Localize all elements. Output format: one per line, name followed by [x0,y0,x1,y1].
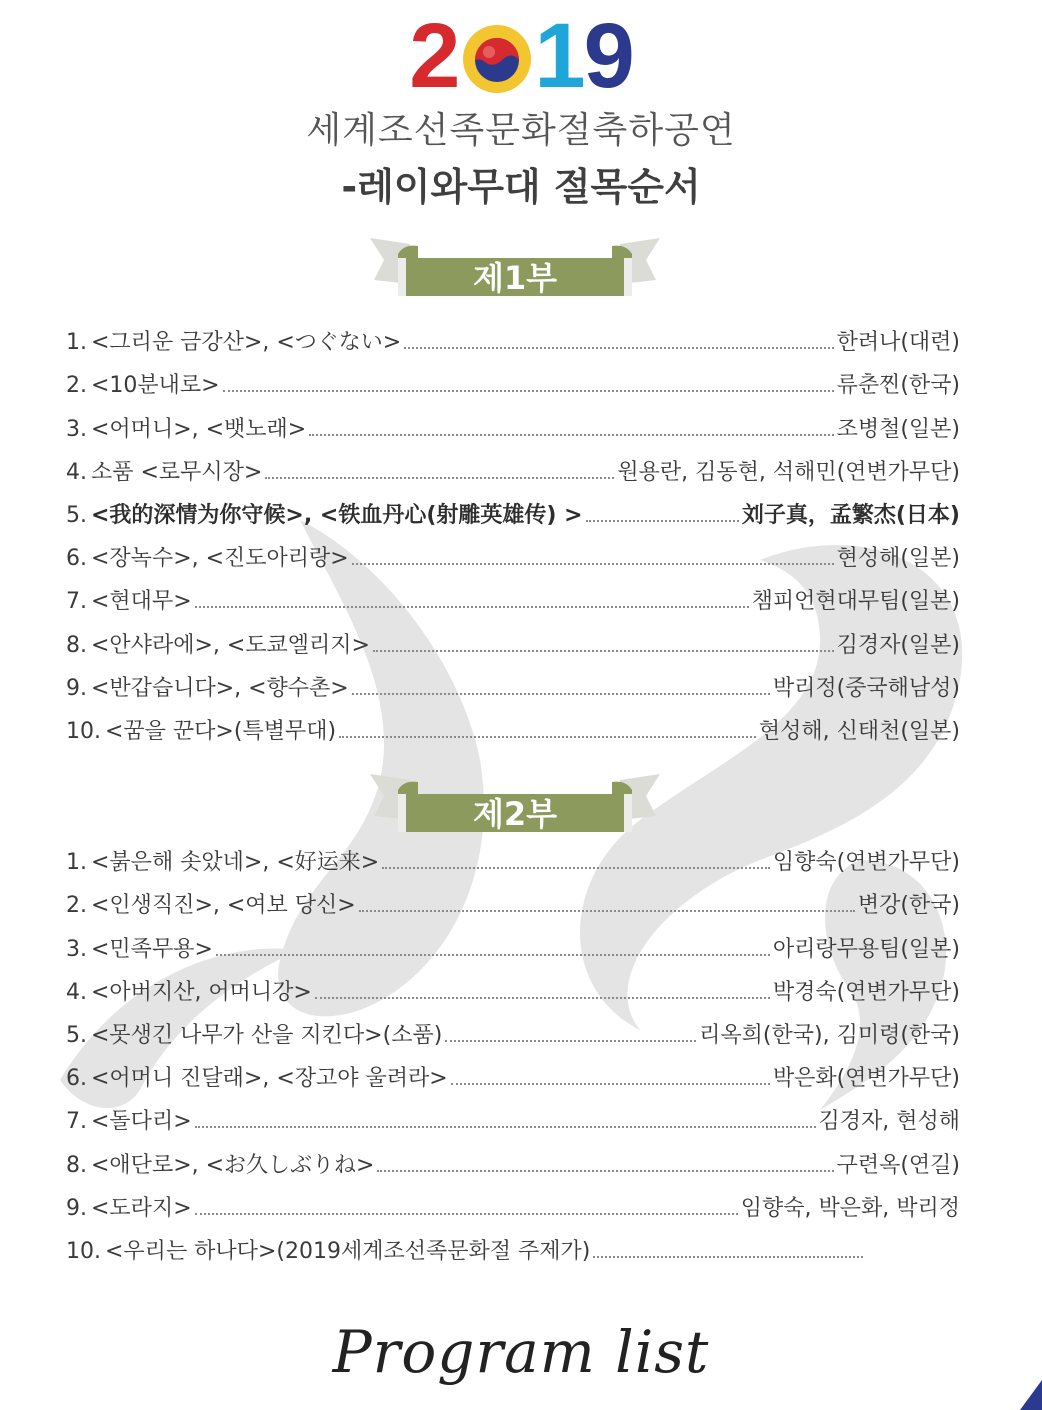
dotted-leader [195,606,749,608]
dotted-leader [339,736,756,738]
dotted-leader [352,693,770,695]
dotted-leader [195,1213,738,1215]
item-number: 4. [66,459,87,487]
program-list-script-title: Program list [0,1318,1042,1386]
program-item: 2.<10분내로>류춘찐(한국) [66,357,960,400]
item-number: 8. [66,1152,87,1180]
item-title: <돌다리> [91,1108,192,1136]
item-number: 10. [66,1238,101,1266]
dotted-leader [377,1170,833,1172]
item-performer: 원용란, 김동현, 석해민(연변가무단) [617,459,960,487]
item-number: 9. [66,1195,87,1223]
dotted-leader [223,390,834,392]
item-performer: 변강(한국) [858,892,960,920]
item-title: <민족무용> [91,936,213,964]
dotted-leader [451,1083,770,1085]
item-performer: 조병철(일본) [837,416,960,444]
item-title: <도라지> [91,1195,192,1223]
item-title: <我的深情为你守候>, <铁血丹心(射雕英雄传) > [91,502,583,530]
dotted-leader [315,997,770,999]
item-performer: 현성해, 신태천(일본) [759,718,960,746]
dotted-leader [195,1126,816,1128]
item-number: 5. [66,502,87,530]
program-item: 7.<돌다리>김경자, 현성해 [66,1093,960,1136]
item-title: <현대무> [91,588,192,616]
item-number: 1. [66,849,87,877]
item-number: 3. [66,416,87,444]
item-performer: 리옥희(한국), 김미령(한국) [699,1022,960,1050]
program-item: 3.<어머니>, <뱃노래>조병철(일본) [66,400,960,443]
dotted-leader [216,954,770,956]
part2-banner: 제2부 [370,770,660,834]
item-number: 2. [66,892,87,920]
program-item: 8.<애단로>, <お久しぶりね>구련옥(연길) [66,1136,960,1179]
item-performer: 刘子真，孟繁杰(日本) [742,502,960,530]
part1-label: 제1부 [370,258,660,298]
item-title: <반갑습니다>, <향수촌> [91,675,349,703]
item-title: <붉은해 솟았네>, <好运来> [91,849,379,877]
item-performer: 박경숙(연변가무단) [773,979,960,1007]
program-item: 1.<붉은해 솟았네>, <好运来>임향숙(연변가무단) [66,834,960,877]
item-performer: 박리정(중국해남성) [773,675,960,703]
item-title: <애단로>, <お久しぶりね> [91,1152,374,1180]
dotted-leader [404,347,833,349]
item-number: 1. [66,329,87,357]
item-title: <어머니>, <뱃노래> [91,416,306,444]
program-item: 4.<아버지산, 어머니강>박경숙(연변가무단) [66,964,960,1007]
item-performer: 임향숙, 박은화, 박리정 [741,1195,960,1223]
item-performer: 구련옥(연길) [837,1152,960,1180]
event-title: 세계조선족문화절축하공연 [0,102,1042,153]
program-item: 7.<현대무>챔피언현대무팀(일본) [66,573,960,616]
item-title: <그리운 금강산>, <つぐない> [91,329,401,357]
dotted-leader [382,867,770,869]
item-number: 6. [66,545,87,573]
item-performer: 류춘찐(한국) [837,372,960,400]
item-title: <어머니 진달래>, <장고야 울려라> [91,1065,448,1093]
item-title: <10분내로> [91,372,220,400]
part2-program-list: 1.<붉은해 솟았네>, <好运来>임향숙(연변가무단) 2.<인생직진>, <… [66,834,960,1266]
dotted-leader [445,1040,696,1042]
item-number: 4. [66,979,87,1007]
dotted-leader [265,477,614,479]
part1-program-list: 1.<그리운 금강산>, <つぐない>한려나(대련) 2.<10분내로>류춘찐(… [66,314,960,746]
item-number: 9. [66,675,87,703]
logo-2019: 2 19 [0,14,1042,98]
program-item: 2.<인생직진>, <여보 당신>변강(한국) [66,877,960,920]
item-performer: 박은화(연변가무단) [773,1065,960,1093]
item-number: 5. [66,1022,87,1050]
corner-triangle-icon [1002,1370,1042,1410]
item-performer: 임향숙(연변가무단) [773,849,960,877]
program-item: 3.<민족무용>아리랑무용팀(일본) [66,920,960,963]
dotted-leader [586,520,739,522]
item-title: <아버지산, 어머니강> [91,979,312,1007]
item-number: 7. [66,1108,87,1136]
program-item: 10. <꿈을 꾼다>(특별무대)현성해, 신태천(일본) [66,703,960,746]
program-item: 5.<我的深情为你守候>, <铁血丹心(射雕英雄传) >刘子真，孟繁杰(日本) [66,487,960,530]
program-item: 5.<못생긴 나무가 산을 지킨다>(소품)리옥희(한국), 김미령(한국) [66,1007,960,1050]
dotted-leader [359,910,855,912]
item-number: 6. [66,1065,87,1093]
item-performer: 한려나(대련) [837,329,960,357]
item-number: 7. [66,588,87,616]
dotted-leader [593,1256,863,1258]
program-item: 9.<반갑습니다>, <향수촌>박리정(중국해남성) [66,660,960,703]
item-title: <안샤라에>, <도쿄엘리지> [91,632,370,660]
item-performer: 아리랑무용팀(일본) [773,936,960,964]
dotted-leader [373,650,834,652]
program-item: 6.<장녹수>, <진도아리랑>현성해(일본) [66,530,960,573]
logo-digit-9: 9 [584,14,633,98]
item-title: <우리는 하나다>(2019세계조선족문화절 주제가) [105,1238,590,1266]
item-title: 소품 <로무시장> [91,459,262,487]
taeguk-emblem-icon [462,24,532,94]
item-title: <인생직진>, <여보 당신> [91,892,356,920]
logo-digit-1: 1 [534,14,583,98]
logo-digit-2: 2 [409,14,458,98]
item-number: 2. [66,372,87,400]
item-title: <꿈을 꾼다>(특별무대) [105,718,336,746]
program-item: 6.<어머니 진달래>, <장고야 울려라>박은화(연변가무단) [66,1050,960,1093]
item-title: <못생긴 나무가 산을 지킨다>(소품) [91,1022,442,1050]
item-title: <장녹수>, <진도아리랑> [91,545,349,573]
item-performer: 챔피언현대무팀(일본) [752,588,960,616]
item-number: 8. [66,632,87,660]
item-number: 3. [66,936,87,964]
item-performer: 현성해(일본) [837,545,960,573]
program-item: 9.<도라지>임향숙, 박은화, 박리정 [66,1180,960,1223]
dotted-leader [309,434,833,436]
item-performer: 김경자, 현성해 [819,1108,961,1136]
program-subtitle: -레이와무대 절목순서 [0,156,1042,211]
program-item: 8.<안샤라에>, <도쿄엘리지>김경자(일본) [66,616,960,659]
program-item: 4.소품 <로무시장>원용란, 김동현, 석해민(연변가무단) [66,444,960,487]
part2-label: 제2부 [370,794,660,834]
item-performer: 김경자(일본) [837,632,960,660]
program-item: 10.<우리는 하나다>(2019세계조선족문화절 주제가) [66,1223,960,1266]
part1-banner: 제1부 [370,234,660,298]
item-number: 10. [66,718,101,746]
program-item: 1.<그리운 금강산>, <つぐない>한려나(대련) [66,314,960,357]
dotted-leader [352,563,834,565]
